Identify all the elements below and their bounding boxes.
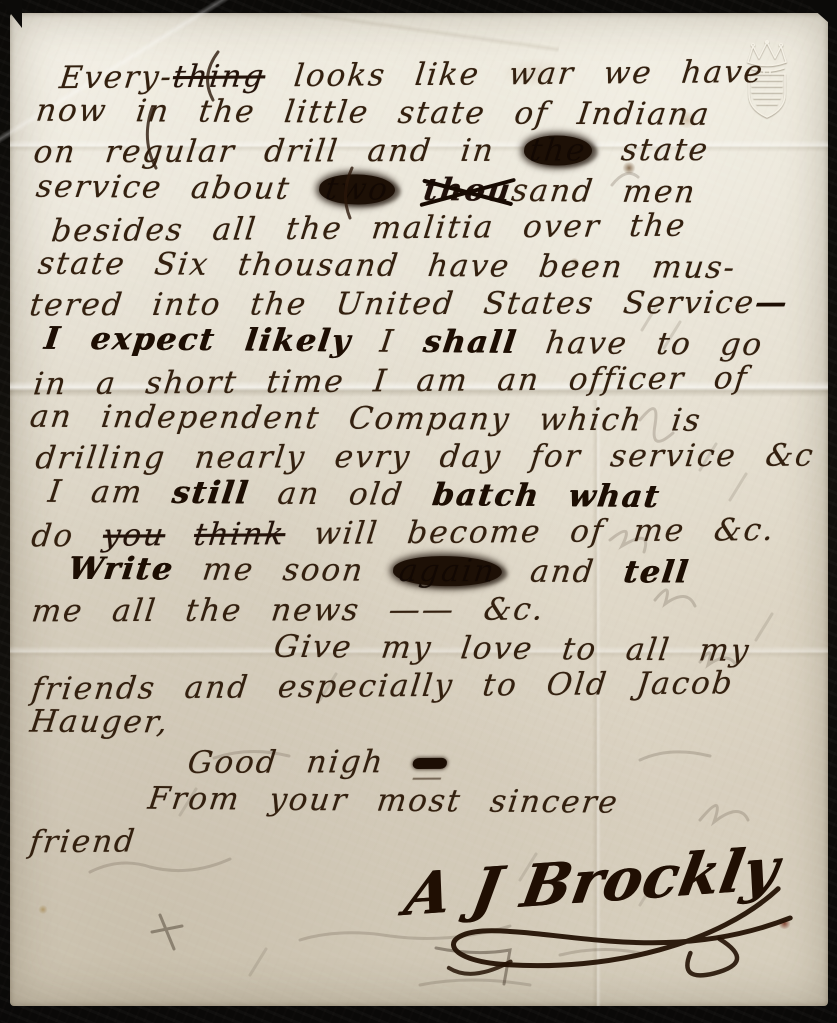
- letter-word-segment: state Six thousand have been mus-: [36, 246, 738, 286]
- letter-word-segment: what: [566, 478, 662, 515]
- letter-word-segment: Hauger,: [28, 704, 171, 741]
- letter-word-segment: drilling nearly evry day for service &c: [34, 438, 817, 477]
- letter-word-segment: I expect likely: [42, 321, 354, 360]
- letter-word-segment: looks like war we have: [263, 54, 766, 94]
- scan-corner-shadow: [0, 0, 22, 28]
- letter-word-segment: an old: [247, 476, 435, 514]
- letter-word-segment: tell: [621, 555, 691, 591]
- letter-word-segment: friends and especially to Old Jacob: [30, 665, 736, 707]
- letter-word-segment: Give my love to all my: [272, 629, 753, 669]
- letter-word-segment: me all the news: [30, 592, 391, 629]
- letter-word-segment: now in the little state of Indiana: [34, 93, 713, 133]
- letter-word-segment: again: [391, 556, 503, 587]
- letter-word-segment: think: [192, 516, 287, 553]
- letter-word-segment: two: [317, 174, 397, 205]
- letter-word-segment: batch: [430, 477, 542, 514]
- letter-word-segment: Write: [66, 551, 176, 588]
- letter-word-segment: &c.: [453, 591, 547, 627]
- letter-word-segment: —: [413, 758, 448, 769]
- letter-line: Good nigh —: [28, 742, 816, 783]
- letter-word-segment: thing: [171, 58, 267, 95]
- letter-word-segment: Good nigh: [186, 744, 416, 781]
- letter-line: From your most sincere: [28, 778, 815, 823]
- letter-word-segment: ——: [387, 592, 457, 628]
- letter-word-segment: friend: [28, 823, 139, 860]
- letter-line: do you think will become of me &c.: [27, 511, 815, 556]
- letter-line: Write me soon again and tell: [28, 550, 815, 593]
- scan-corner-shadow: [803, 0, 837, 30]
- letter-word-segment: still: [170, 475, 252, 512]
- letter-word-segment: the: [522, 136, 594, 166]
- letter-line: drilling nearly evry day for service &c: [28, 437, 816, 478]
- letter-word-segment: Every-: [58, 59, 176, 96]
- letter-line: service about two thousand men: [28, 167, 815, 212]
- letter-word-segment: I am: [46, 474, 174, 511]
- letter-word-segment: I: [349, 324, 426, 361]
- letter-line: state Six thousand have been mus-: [28, 245, 815, 288]
- letter-line: on regular drill and in the state: [28, 131, 816, 172]
- letter-word-segment: shall: [421, 324, 519, 361]
- letter-word-segment: tered into the United States Service: [28, 285, 758, 324]
- letter-word-segment: you: [101, 517, 167, 554]
- signature-block: A J Brockly: [403, 832, 832, 1011]
- letter-word-segment: an independent Company which is: [28, 398, 704, 438]
- letter-word-segment: sand men: [509, 172, 698, 210]
- letter-line: Hauger,: [28, 703, 815, 746]
- letter-line: an independent Company which is: [28, 397, 815, 440]
- letter-word-segment: state: [590, 132, 711, 168]
- letter-word-segment: have to go: [515, 325, 766, 363]
- letter-word-segment: service about: [34, 168, 322, 206]
- letter-word-segment: From your most sincere: [146, 780, 621, 820]
- letter-line: now in the little state of Indiana: [28, 92, 815, 135]
- letter-word-segment: besides all the malitia over the: [50, 207, 689, 249]
- letter-line: in a short time I am an officer of: [27, 358, 815, 403]
- letter-word-segment: —: [753, 285, 790, 321]
- letter-line: tered into the United States Service—: [28, 284, 816, 325]
- letter-line: I expect likely I shall have to go: [28, 320, 815, 365]
- letter-word-segment: and: [499, 554, 626, 591]
- letter-word-segment: thou: [422, 172, 515, 209]
- letter-word-segment: in a short time I am an officer of: [32, 360, 751, 402]
- letter-word-segment: will become of me &c.: [283, 512, 777, 552]
- letter-word-segment: me soon: [171, 552, 395, 589]
- letter-line: me all the news —— &c.: [28, 589, 816, 630]
- letter-body: Every-thing looks like war we havenow in…: [30, 56, 813, 858]
- letter-line: besides all the malitia over the: [27, 205, 815, 250]
- letter-word-segment: on regular drill and in: [32, 133, 526, 171]
- scanned-letter-page: Every-thing looks like war we havenow in…: [0, 0, 837, 1023]
- letter-line: Every-thing looks like war we have: [27, 53, 815, 98]
- letter-line: friends and especially to Old Jacob: [27, 664, 815, 709]
